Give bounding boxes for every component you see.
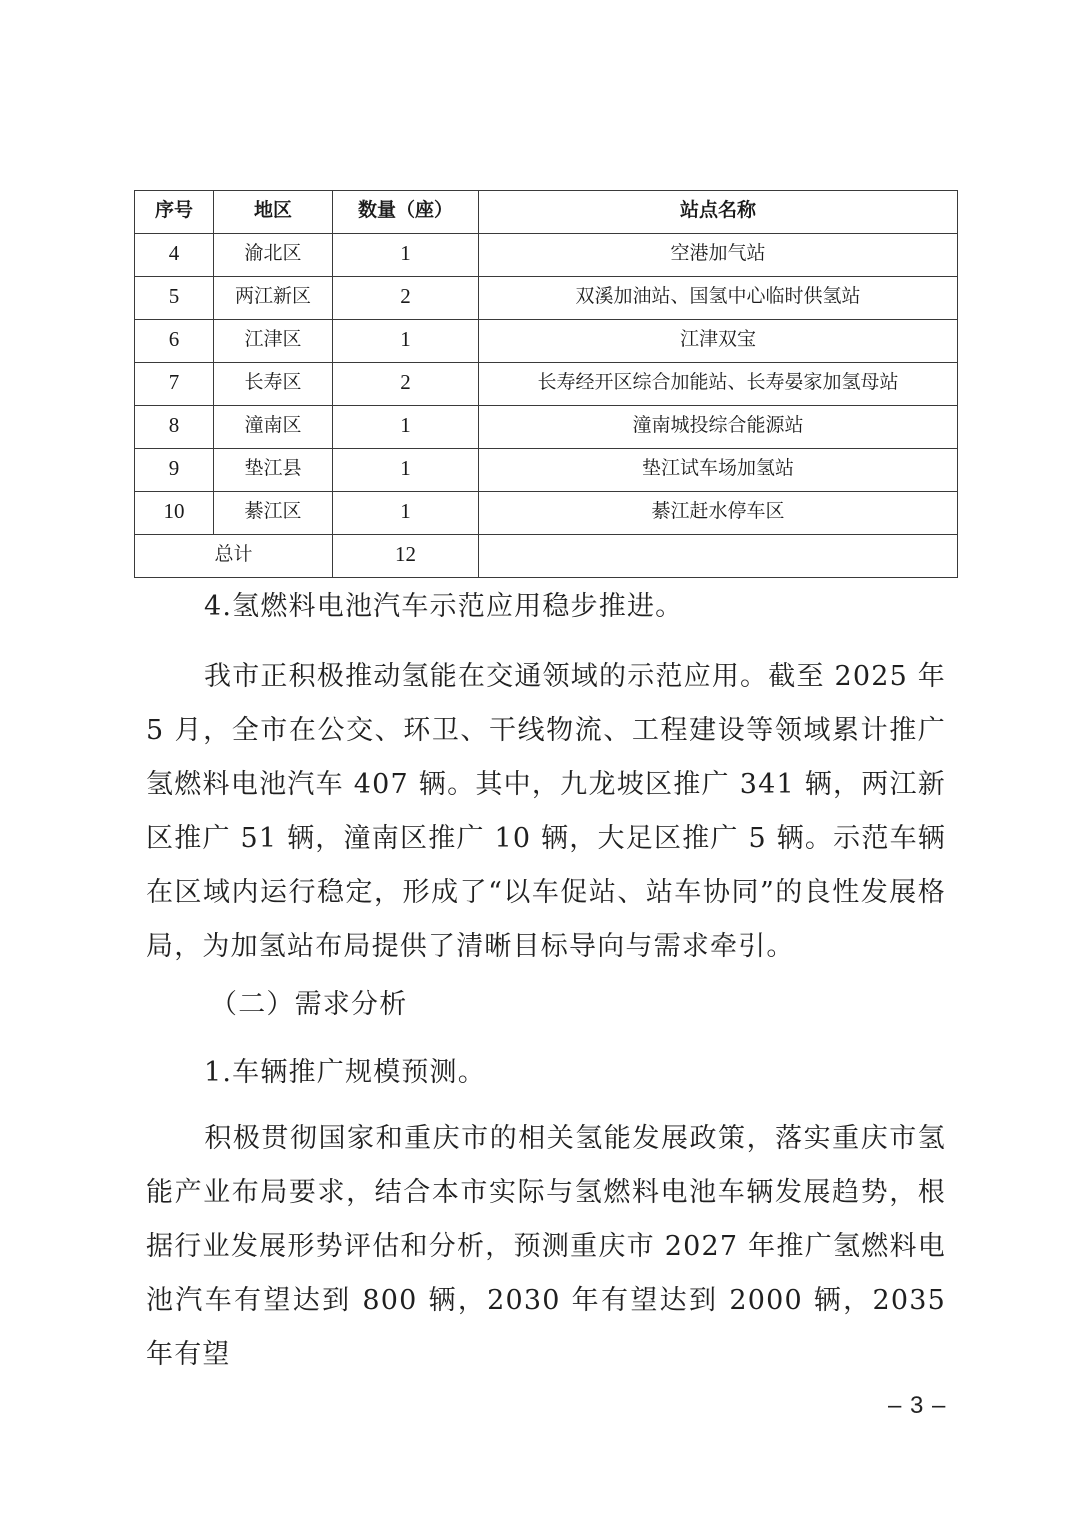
paragraph-vehicle-forecast: 积极贯彻国家和重庆市的相关氢能发展政策，落实重庆市氢能产业布局要求，结合本市实际… [146, 1112, 946, 1382]
column-header-count: 数量（座） [333, 191, 479, 234]
row-region: 江津区 [214, 320, 333, 363]
page-number: – 3 – [888, 1392, 946, 1420]
row-count: 2 [333, 363, 479, 406]
table-row: 6 江津区 1 江津双宝 [135, 320, 958, 363]
row-index: 6 [135, 320, 214, 363]
row-region: 渝北区 [214, 234, 333, 277]
paragraph-fuel-cell-demo: 我市正积极推动氢能在交通领域的示范应用。截至 2025 年 5 月，全市在公交、… [146, 650, 946, 974]
row-index: 10 [135, 492, 214, 535]
paragraph-text: 我市正积极推动氢能在交通领域的示范应用。截至 2025 年 5 月，全市在公交、… [146, 661, 946, 962]
column-header-index: 序号 [135, 191, 214, 234]
row-region: 垫江县 [214, 449, 333, 492]
total-label: 总计 [135, 535, 333, 578]
row-index: 7 [135, 363, 214, 406]
row-count: 1 [333, 406, 479, 449]
row-region: 綦江区 [214, 492, 333, 535]
section-heading-demand-analysis: （二）需求分析 [210, 978, 407, 1032]
row-region: 长寿区 [214, 363, 333, 406]
row-count: 1 [333, 234, 479, 277]
row-index: 5 [135, 277, 214, 320]
document-page: 序号 地区 数量（座） 站点名称 4 渝北区 1 空港加气站 5 两江新区 2 … [0, 0, 1080, 1528]
row-count: 2 [333, 277, 479, 320]
table-row: 7 长寿区 2 长寿经开区综合加能站、长寿晏家加氢母站 [135, 363, 958, 406]
hydrogen-station-table: 序号 地区 数量（座） 站点名称 4 渝北区 1 空港加气站 5 两江新区 2 … [134, 190, 958, 578]
table-row: 8 潼南区 1 潼南城投综合能源站 [135, 406, 958, 449]
row-stations: 双溪加油站、国氢中心临时供氢站 [479, 277, 958, 320]
row-stations: 綦江赶水停车区 [479, 492, 958, 535]
column-header-region: 地区 [214, 191, 333, 234]
row-region: 潼南区 [214, 406, 333, 449]
row-count: 1 [333, 492, 479, 535]
table-row: 10 綦江区 1 綦江赶水停车区 [135, 492, 958, 535]
total-count: 12 [333, 535, 479, 578]
row-index: 4 [135, 234, 214, 277]
subsection-heading-vehicle-forecast: 1.车辆推广规模预测。 [204, 1046, 486, 1100]
row-stations: 潼南城投综合能源站 [479, 406, 958, 449]
row-index: 8 [135, 406, 214, 449]
table-total-row: 总计 12 [135, 535, 958, 578]
row-stations: 空港加气站 [479, 234, 958, 277]
row-index: 9 [135, 449, 214, 492]
table-row: 4 渝北区 1 空港加气站 [135, 234, 958, 277]
row-stations: 长寿经开区综合加能站、长寿晏家加氢母站 [479, 363, 958, 406]
table-header-row: 序号 地区 数量（座） 站点名称 [135, 191, 958, 234]
section-heading-fuel-cell-demo: 4.氢燃料电池汽车示范应用稳步推进。 [204, 580, 683, 634]
row-stations: 江津双宝 [479, 320, 958, 363]
column-header-station-names: 站点名称 [479, 191, 958, 234]
row-count: 1 [333, 320, 479, 363]
total-stations [479, 535, 958, 578]
row-stations: 垫江试车场加氢站 [479, 449, 958, 492]
table-row: 5 两江新区 2 双溪加油站、国氢中心临时供氢站 [135, 277, 958, 320]
table-row: 9 垫江县 1 垫江试车场加氢站 [135, 449, 958, 492]
row-region: 两江新区 [214, 277, 333, 320]
paragraph-text: 积极贯彻国家和重庆市的相关氢能发展政策，落实重庆市氢能产业布局要求，结合本市实际… [146, 1123, 946, 1370]
row-count: 1 [333, 449, 479, 492]
